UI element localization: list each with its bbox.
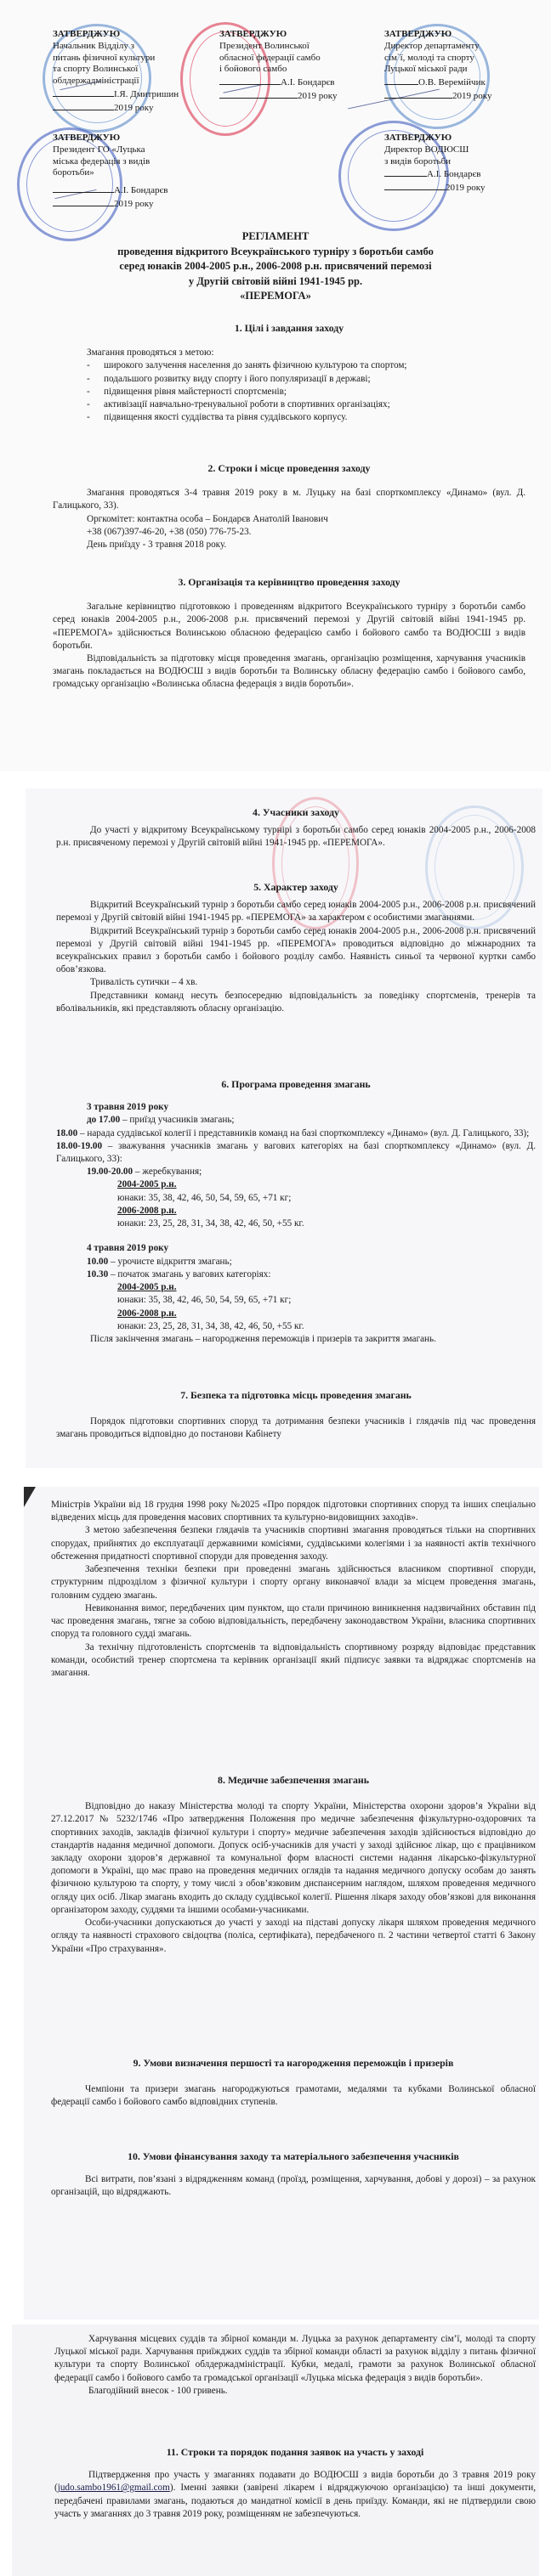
section-title: 11. Строки та порядок подання заявок на … bbox=[54, 2445, 536, 2459]
section-title: 5. Характер заходу bbox=[56, 880, 536, 894]
list-item: активізації навчально-тренувальної робот… bbox=[85, 398, 525, 411]
document-page-1: ЗАТВЕРДЖУЮ Начальник Відділу з питань фі… bbox=[0, 0, 551, 771]
signer-name: А.І. Бондарєв bbox=[281, 77, 334, 88]
approval-date: 2019 року bbox=[446, 183, 485, 193]
section-3: 3. Організація та керівництво проведення… bbox=[53, 575, 525, 692]
section-4: 4. Учасники заходу До участі у відкритом… bbox=[56, 805, 536, 850]
section-9: 9. Умови визначення першості та нагородж… bbox=[51, 2056, 536, 2110]
document-page-3: Міністрів України від 18 грудня 1998 рок… bbox=[24, 1487, 539, 2319]
signer-name: О.В. Веремійчик bbox=[418, 77, 486, 88]
approval-date: 2019 року bbox=[298, 91, 337, 101]
age-group: 2006-2008 р.н. bbox=[56, 1308, 536, 1320]
approval-block-samba-federation: ЗАТВЕРДЖУЮ Президент Волинської обласної… bbox=[219, 29, 360, 103]
age-group: 2006-2008 р.н. bbox=[56, 1205, 536, 1217]
approval-block-vodyussh: ЗАТВЕРДЖУЮ Директор ВОДЮСШ з видів борот… bbox=[384, 133, 512, 195]
approval-block-city-department: ЗАТВЕРДЖУЮ Директор департаменту сім`ї, … bbox=[384, 29, 529, 103]
contact-email-link[interactable]: judo.sambo1961@gmail.com bbox=[58, 2483, 170, 2493]
section-title: 7. Безпека та підготовка місць проведенн… bbox=[56, 1388, 536, 1402]
section-7-start: 7. Безпека та підготовка місць проведенн… bbox=[56, 1388, 536, 1442]
approval-date: 2019 року bbox=[452, 91, 491, 101]
page-fold-icon bbox=[24, 1487, 36, 1507]
weight-categories: юнаки: 35, 38, 42, 46, 50, 54, 59, 65, +… bbox=[56, 1294, 536, 1307]
section-10: 10. Умови фінансування заходу та матеріа… bbox=[51, 2149, 536, 2200]
signer-name: А.І. Бондарєв bbox=[114, 185, 168, 195]
weight-categories: юнаки: 35, 38, 42, 46, 50, 54, 59, 65, +… bbox=[56, 1192, 536, 1205]
schedule-day-1: 3 травня 2019 року до 17.00 – приїзд уча… bbox=[56, 1101, 536, 1230]
list-item: подальшого розвитку виду спорту і його п… bbox=[85, 373, 525, 386]
approval-block-sports-department: ЗАТВЕРДЖУЮ Начальник Відділу з питань фі… bbox=[53, 29, 180, 114]
weight-categories: юнаки: 23, 25, 28, 31, 34, 38, 42, 46, 5… bbox=[56, 1320, 536, 1333]
age-group: 2004-2005 р.н. bbox=[56, 1178, 536, 1191]
signer-name: І.Я. Дмитришин bbox=[114, 89, 179, 99]
approval-block-city-federation: ЗАТВЕРДЖУЮ Президент ГО «Луцька міська ф… bbox=[53, 133, 189, 211]
section-6: 6. Програма проведення змагань 3 травня … bbox=[56, 1077, 536, 1346]
section-8: 8. Медичне забезпечення змагань Відповід… bbox=[51, 1773, 536, 1956]
schedule-date: 3 травня 2019 року bbox=[56, 1101, 536, 1114]
title-heading: РЕГЛАМЕНТ bbox=[0, 229, 551, 245]
schedule-date: 4 травня 2019 року bbox=[56, 1242, 536, 1255]
section-title: 9. Умови визначення першості та нагородж… bbox=[51, 2056, 536, 2070]
section-title: 3. Організація та керівництво проведення… bbox=[53, 575, 525, 589]
document-title: РЕГЛАМЕНТ проведення відкритого Всеукраї… bbox=[0, 229, 551, 304]
age-group: 2004-2005 р.н. bbox=[56, 1281, 536, 1294]
approval-date: 2019 року bbox=[114, 103, 153, 113]
section-title: 1. Цілі і завдання заходу bbox=[53, 321, 525, 335]
list-item: широкого залучення населення до занять ф… bbox=[85, 359, 525, 372]
section-10-cont: Харчування місцевих суддів та збірної ко… bbox=[54, 2333, 536, 2398]
section-title: 8. Медичне забезпечення змагань bbox=[51, 1773, 536, 1787]
approval-date: 2019 року bbox=[114, 199, 153, 209]
weight-categories: юнаки: 23, 25, 28, 31, 34, 38, 42, 46, 5… bbox=[56, 1217, 536, 1230]
section-7-cont: Міністрів України від 18 грудня 1998 рок… bbox=[51, 1499, 536, 1680]
section-title: 4. Учасники заходу bbox=[56, 805, 536, 819]
list-item: підвищення якості суддівства та рівня су… bbox=[85, 411, 525, 424]
section-title: 10. Умови фінансування заходу та матеріа… bbox=[51, 2149, 536, 2163]
list-item: підвищення рівня майстерності спортсмені… bbox=[85, 386, 525, 398]
section-5: 5. Характер заходу Відкритий Всеукраїнсь… bbox=[56, 880, 536, 1015]
section-title: 2. Строки і місце проведення заходу bbox=[53, 461, 525, 475]
signer-name: А.І. Бондарєв bbox=[427, 169, 480, 179]
section-1: 1. Цілі і завдання заходу Змагання прово… bbox=[53, 321, 525, 424]
section-title: 6. Програма проведення змагань bbox=[56, 1077, 536, 1091]
section-2: 2. Строки і місце проведення заходу Змаг… bbox=[53, 461, 525, 551]
schedule-day-2: 4 травня 2019 року 10.00 – урочисте відк… bbox=[56, 1242, 536, 1346]
document-page-2: 4. Учасники заходу До участі у відкритом… bbox=[26, 788, 542, 1468]
document-page-4: Харчування місцевих суддів та збірної ко… bbox=[12, 2325, 539, 2576]
section-11: 11. Строки та порядок подання заявок на … bbox=[54, 2445, 536, 2521]
goals-list: широкого залучення населення до занять ф… bbox=[85, 359, 525, 424]
